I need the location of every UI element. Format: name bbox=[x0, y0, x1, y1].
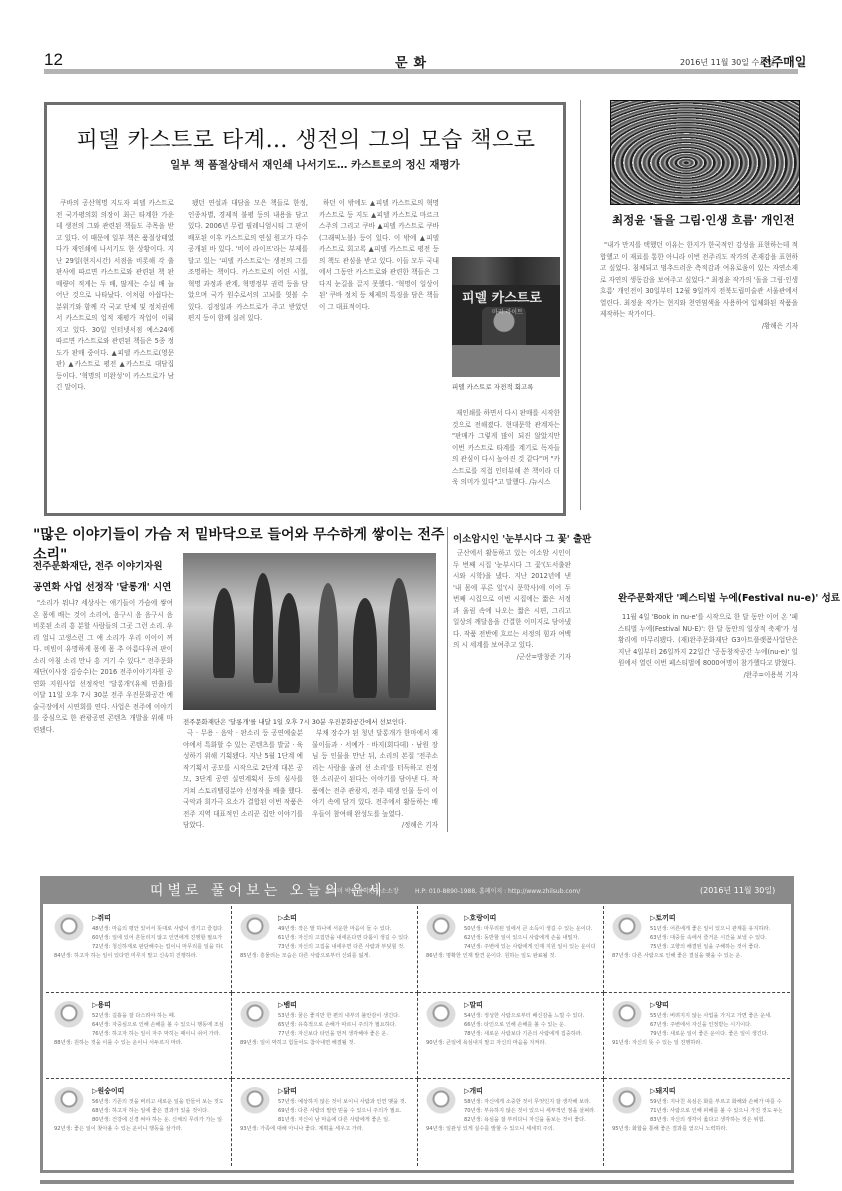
article-column: 부채 장수가 된 청년 달롱개가 한마에서 재물이들과 · 서예가 · 바지(회… bbox=[312, 728, 438, 838]
zodiac-tiger: ▷호랑이띠50년생: 마무리된 일에서 큰 소득이 생길 수 있는 운이다.62… bbox=[418, 906, 604, 993]
rat-icon bbox=[54, 914, 84, 944]
horse-icon bbox=[426, 1001, 456, 1031]
zodiac-dragon: ▷용띠52년생: 길흉을 잘 다스려야 하는 때.64년생: 자중심으로 인해 … bbox=[46, 993, 232, 1080]
ox-icon bbox=[240, 914, 270, 944]
fortune-line: 92년생: 좋은 일이 찾아올 수 있는 운이니 행동을 삼가라. bbox=[54, 1125, 223, 1134]
fortune-line: 79년생: 새로운 일이 좋은 운이다. 좋은 일이 생긴다. bbox=[650, 1030, 782, 1039]
article-column: 재인쇄를 하면서 다시 판매를 시작한 것으로 전해졌다. 현대문학 관계자는 … bbox=[452, 408, 560, 503]
fortune-line: 48년생: 마음의 평안 있어서 뜻대로 사람이 생기고 즐겁다. bbox=[92, 925, 223, 934]
column-divider bbox=[580, 100, 581, 510]
article-text: 하던 이 밖에도 ▲피델 카스트로의 혁명 카스트로 등 지도 ▲피델 카스트로… bbox=[319, 198, 439, 313]
rooster-icon bbox=[240, 1087, 270, 1117]
divider bbox=[44, 513, 566, 516]
fortune-line: 54년생: 정성한 사람으로부터 배신감을 느낄 수 있다. bbox=[464, 1012, 595, 1021]
byline: /황해은 기자 bbox=[600, 321, 798, 333]
article-column: "소리가 뭐냐? 세상사는 얘기들이 가슴에 쌓여 온 몸에 배는 것이 소리여… bbox=[33, 598, 173, 838]
article-column: 됐던 연설과 대담을 모은 책들로 한정, 인종차별, 경제적 불평 등의 내용… bbox=[188, 198, 308, 503]
monkey-icon bbox=[54, 1087, 84, 1117]
byline: /정해은 기자 bbox=[312, 820, 438, 832]
zodiac-rabbit: ▷토끼띠51년생: 어른에게 좋은 일이 있으니 관계를 유지하라.63년생: … bbox=[604, 906, 790, 993]
article-text: 군산에서 활동하고 있는 이소암 시인이 두 번째 시집 '눈부시다 그 꽃'(… bbox=[453, 548, 571, 652]
artwork-image bbox=[610, 100, 800, 205]
fortune-line: 58년생: 자신에게 소중한 것이 무엇인지 잘 생각해 보라. bbox=[464, 1098, 595, 1107]
dog-icon bbox=[426, 1087, 456, 1117]
pig-icon bbox=[612, 1087, 642, 1117]
fortune-line: 82년생: 욕심을 잘 부리다니 자신을 돌보는 것이 좋다. bbox=[464, 1116, 595, 1125]
book-caption: 피델 카스트로 자전적 회고록 bbox=[452, 382, 534, 391]
zodiac-pig: ▷돼지띠59년생: 지나친 욕심은 화를 부르고 화해와 손해가 따를 수 있다… bbox=[604, 1079, 790, 1166]
article-column: 11월 4일 'Book in nu-e'를 시작으로 한 달 동안 이어 온 … bbox=[618, 612, 798, 838]
sheep-icon bbox=[612, 1001, 642, 1031]
article-column: 극 · 무용 · 음악 · 판소리 등 공연예술분야에서 특화할 수 있는 콘텐… bbox=[183, 728, 303, 838]
fortune-line: 70년생: 부유하지 않은 것이 있으니 세부적인 점을 살펴라. bbox=[464, 1107, 595, 1116]
zodiac-dog: ▷개띠58년생: 자신에게 소중한 것이 무엇인지 잘 생각해 보라.70년생:… bbox=[418, 1079, 604, 1166]
tiger-icon bbox=[426, 914, 456, 944]
fortune-line: 84년생: 하고자 하는 일이 있다면 미루지 말고 신속히 진행하라. bbox=[54, 952, 223, 961]
fortune-line: 81년생: 자신이 남 마음에 다른 사람에게 좋은 일. bbox=[278, 1116, 409, 1125]
zodiac-rooster: ▷닭띠57년생: 예상하지 않은 것이 보이니 사람과 인연 맺을 것.69년생… bbox=[232, 1079, 418, 1166]
fortune-line: 76년생: 하고자 하는 일이 자주 막히는 때이니 쉬어 가라. bbox=[92, 1030, 223, 1039]
article-text: 됐던 연설과 대담을 모은 책들로 한정, 인종차별, 경제적 불평 등의 내용… bbox=[188, 198, 308, 325]
column-divider bbox=[447, 527, 448, 832]
fortune-line: 61년생: 자신의 고집만을 내세운다면 다툼이 생길 수 있다. bbox=[278, 934, 409, 943]
article-text: "소리가 뭐냐? 세상사는 얘기들이 가슴에 쌓여 온 몸에 배는 것이 소리여… bbox=[33, 598, 173, 736]
fortune-line: 93년생: 가족에 대해 아니나 좋다. 계획을 세우고 가라. bbox=[240, 1125, 409, 1134]
book-title: 피델 카스트로 bbox=[462, 287, 542, 306]
fortune-line: 77년생: 자신보다 타인을 먼저 생각해야 좋은 운. bbox=[278, 1030, 409, 1039]
fortune-line: 74년생: 주변에 있는 사람에게 인재 지원 일이 있는 운이다. bbox=[464, 943, 595, 952]
article-text: 재인쇄를 하면서 다시 판매를 시작한 것으로 전해졌다. 현대문학 관계자는 … bbox=[452, 408, 560, 489]
fortune-line: 91년생: 자신의 뜻 수 있는 일 진행하라. bbox=[612, 1039, 782, 1048]
snake-icon bbox=[240, 1001, 270, 1031]
poet-headline: 이소암시인 '눈부시다 그 꽃' 출판 bbox=[453, 531, 591, 545]
bookshelf-graphic bbox=[452, 257, 560, 285]
fortune-line: 95년생: 화합을 통해 좋은 결과를 얻으니 노력하라. bbox=[612, 1125, 782, 1134]
article-text: "내가 만지를 택했던 이유는 한지가 한국적인 감성을 표현하는데 적합했고 … bbox=[600, 240, 798, 321]
fortune-line: 64년생: 자중심으로 인해 손해를 볼 수 있으니 행동에 조심. bbox=[92, 1021, 223, 1030]
dragon-icon bbox=[54, 1001, 84, 1031]
fortune-line: 85년생: 흥물러는 모습은 다른 사람으로부터 신뢰를 잃게. bbox=[240, 952, 409, 961]
photo-caption: 전주문화재단은 '달롱개'를 내달 1일 오후 7시 30분 우진문화공간에서 … bbox=[183, 717, 406, 726]
fortune-line: 73년생: 자신의 고집을 내세우면 다른 사람과 부딪힐 것. bbox=[278, 943, 409, 952]
fortune-line: 49년생: 작은 말 하나에 서운한 마음이 들 수 있다. bbox=[278, 925, 409, 934]
fortune-line: 72년생: 청신하재로 판단해주는 업이니 마무리를 일을 하다. bbox=[92, 943, 223, 952]
festival-headline: 완주문화재단 '페스티벌 누에(Festival nu-e)' 성료 bbox=[618, 590, 840, 604]
stage-photo bbox=[183, 553, 436, 710]
fortune-line: 80년생: 건강에 신경 써야 하는 운. 신체의 무리가 가는 일은 삼가라. bbox=[92, 1116, 223, 1125]
article-text: 11월 4일 'Book in nu-e'를 시작으로 한 달 동안 이어 온 … bbox=[618, 612, 798, 670]
fortune-line: 68년생: 하고자 하는 일에 좋은 결과가 있을 것이다. bbox=[92, 1107, 223, 1116]
fortune-line: 71년생: 사람으로 인해 피해를 볼 수 있으니 가진 것도 두는 것이 현명… bbox=[650, 1107, 782, 1116]
article-column: 하던 이 밖에도 ▲피델 카스트로의 혁명 카스트로 등 지도 ▲피델 카스트로… bbox=[319, 198, 439, 503]
fortune-date: (2016년 11월 30일) bbox=[700, 885, 775, 896]
fortune-line: 75년생: 고향의 해결된 일을 구해하는 것이 좋다. bbox=[650, 943, 782, 952]
book-band bbox=[452, 345, 560, 377]
divider bbox=[563, 102, 566, 516]
fortune-line: 89년생: 일이 막히고 힘들어도 참아내면 해결될 것. bbox=[240, 1039, 409, 1048]
fortune-line: 51년생: 어른에게 좋은 일이 있으니 관계를 유지하라. bbox=[650, 925, 782, 934]
fortune-line: 59년생: 지나친 욕심은 화를 부르고 화해와 손해가 따를 수 있다. bbox=[650, 1098, 782, 1107]
article-text: 부채 장수가 된 청년 달롱개가 한마에서 재물이들과 · 서예가 · 바지(회… bbox=[312, 728, 438, 820]
zodiac-sheep: ▷양띠55년생: 버려지지 않는 사업을 가지고 가면 좋은 운세.67년생: … bbox=[604, 993, 790, 1080]
book-author: 마리 라이트 bbox=[492, 307, 523, 316]
fortune-line: 56년생: 기존의 것을 버리고 새로운 일을 만들어 보는 것도 좋다. bbox=[92, 1098, 223, 1107]
newspaper-brand: 전주매일 bbox=[760, 53, 806, 70]
article-text: 쿠바의 공산혁명 지도자 피델 카스트로 전 국가평의회 의장이 최근 타계한 … bbox=[56, 198, 174, 394]
article-column: 군산에서 활동하고 있는 이소암 시인이 두 번째 시집 '눈부시다 그 꽃'(… bbox=[453, 548, 571, 838]
fortune-line: 67년생: 주변에서 자신을 인정받는 시기이다. bbox=[650, 1021, 782, 1030]
fortune-line: 83년생: 자신의 생각이 옳다고 생각하는 것은 위험. bbox=[650, 1116, 782, 1125]
exhibition-headline: 최정윤 '돌을 그림·인생 흐름' 개인전 bbox=[612, 212, 795, 228]
fortune-line: 69년생: 다른 사람의 말만 믿을 수 있으니 주의가 필요. bbox=[278, 1107, 409, 1116]
fortune-line: 53년생: 꿈은 좋지만 한 편의 내부의 불안감이 생긴다. bbox=[278, 1012, 409, 1021]
fortune-line: 65년생: 유혹적으로 손해가 따르니 주의가 필요하다. bbox=[278, 1021, 409, 1030]
book-band-text bbox=[452, 345, 560, 351]
zodiac-grid: ▷쥐띠48년생: 마음의 평안 있어서 뜻대로 사람이 생기고 즐겁다.60년생… bbox=[46, 906, 790, 1166]
fortune-line: 52년생: 길흉을 잘 다스려야 하는 때. bbox=[92, 1012, 223, 1021]
fortune-line: 50년생: 마무리된 일에서 큰 소득이 생길 수 있는 운이다. bbox=[464, 925, 595, 934]
fortune-line: 62년생: 동반할 일이 있으니 사람에게 손을 내밀자. bbox=[464, 934, 595, 943]
footer-rule bbox=[40, 1180, 794, 1184]
article-column: "내가 만지를 택했던 이유는 한지가 한국적인 감성을 표현하는데 적합했고 … bbox=[600, 240, 798, 510]
fortune-line: 86년생: 명확한 인재 발견 운이다. 원하는 일도 완료될 것. bbox=[426, 952, 595, 961]
fortune-line: 57년생: 예상하지 않은 것이 보이니 사람과 인연 맺을 것. bbox=[278, 1098, 409, 1107]
article-text: 극 · 무용 · 음악 · 판소리 등 공연예술분야에서 특화할 수 있는 콘텐… bbox=[183, 728, 303, 832]
fortune-line: 66년생: 타인으로 인해 손해를 볼 수 있는 운. bbox=[464, 1021, 595, 1030]
zodiac-snake: ▷뱀띠53년생: 꿈은 좋지만 한 편의 내부의 불안감이 생긴다.65년생: … bbox=[232, 993, 418, 1080]
zodiac-rat: ▷쥐띠48년생: 마음의 평안 있어서 뜻대로 사람이 생기고 즐겁다.60년생… bbox=[46, 906, 232, 993]
fortune-line: 60년생: 일에 있어 흔들리지 않고 인연에게 진행할 필요가 있다. bbox=[92, 934, 223, 943]
fortune-line: 94년생: 일관성 있게 실수를 발할 수 있으니 세세히 주의. bbox=[426, 1125, 595, 1134]
header-rule bbox=[44, 69, 798, 74]
fortune-line: 78년생: 새로운 사람보다 기존의 사람에게 집중하라. bbox=[464, 1030, 595, 1039]
fortune-author: 홍주미 박문철학연구소소장 bbox=[325, 886, 399, 895]
zodiac-horse: ▷말띠54년생: 정성한 사람으로부터 배신감을 느낄 수 있다.66년생: 타… bbox=[418, 993, 604, 1080]
article-column: 쿠바의 공산혁명 지도자 피델 카스트로 전 국가평의회 의장이 최근 타계한 … bbox=[56, 198, 174, 503]
zodiac-ox: ▷소띠49년생: 작은 말 하나에 서운한 마음이 들 수 있다.61년생: 자… bbox=[232, 906, 418, 993]
book-cover-image: 피델 카스트로 마리 라이트 bbox=[452, 257, 560, 377]
main-headline: 피델 카스트로 타계… 생전의 그의 모습 책으로 bbox=[56, 123, 556, 154]
byline: /완주=이용복 기자 bbox=[618, 670, 798, 682]
rabbit-icon bbox=[612, 914, 642, 944]
fortune-line: 63년생: 대중들 속에서 즐거운 시간을 보낼 수 있다. bbox=[650, 934, 782, 943]
feature-subhead: 전주문화재단, 전주 이야기자원 bbox=[33, 558, 163, 572]
fortune-line: 87년생: 다른 사람으로 인해 좋은 결실을 맺을 수 있는 운. bbox=[612, 952, 782, 961]
main-subheadline: 일부 책 품절상태서 재인쇄 나서기도… 카스트로의 정신 재평가 bbox=[150, 157, 480, 172]
feature-subhead: 공연화 사업 선정작 '달롱개' 시연 bbox=[33, 579, 171, 593]
fortune-line: 90년생: 큰일에 욕심내지 말고 자신의 마음을 지켜라. bbox=[426, 1039, 595, 1048]
page-number: 12 bbox=[44, 50, 63, 70]
fortune-contact: H.P: 010-8890-1988, 홈페이지 : http://www.zh… bbox=[415, 886, 580, 895]
byline: /군산=방창준 기자 bbox=[453, 652, 571, 664]
fortune-line: 55년생: 버려지지 않는 사업을 가지고 가면 좋은 운세. bbox=[650, 1012, 782, 1021]
zodiac-monkey: ▷원숭이띠56년생: 기존의 것을 버리고 새로운 일을 만들어 보는 것도 좋… bbox=[46, 1079, 232, 1166]
fortune-line: 88년생: 원하는 것을 이룰 수 있는 운이니 서두르지 마라. bbox=[54, 1039, 223, 1048]
